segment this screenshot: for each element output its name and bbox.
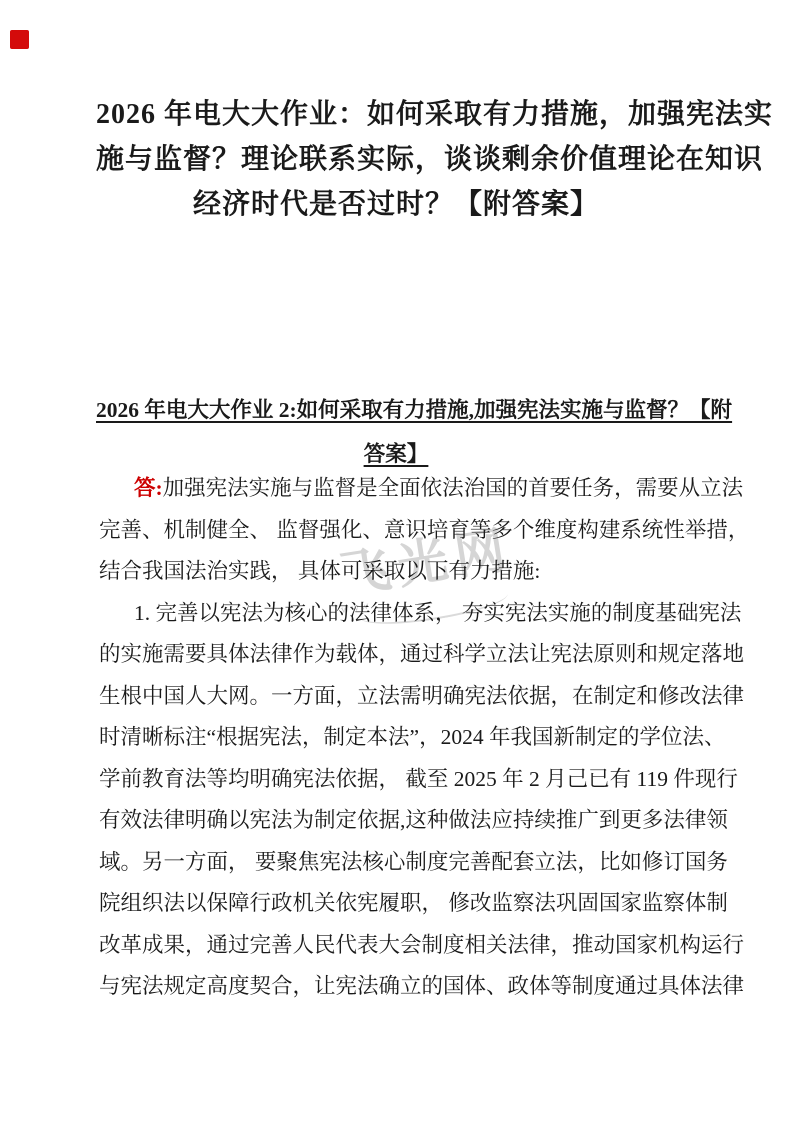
text-line: 完善、机制健全、 监督强化、意识培育等多个维度构建系统性举措，: [99, 510, 697, 552]
text-line: 时清晰标注“根据宪法，制定本法”，2024 年我国新制定的学位法、: [99, 717, 697, 759]
text-line: 改革成果，通过完善人民代表大会制度相关法律，推动国家机构运行: [99, 925, 697, 967]
answer-first-line: 答:加强宪法实施与监督是全面依法治国的首要任务，需要从立法: [99, 468, 697, 510]
text-line: 学前教育法等均明确宪法依据， 截至 2025 年 2 月己已有 119 件现行: [99, 759, 697, 801]
text-line: 经济时代是否过时？【附答案】: [96, 182, 696, 227]
section-heading: 2026 年电大大作业 2:如何采取有力措施,加强宪法实施与监督？【附答案】: [96, 388, 696, 476]
text-line: 的实施需要具体法律作为载体，通过科学立法让宪法原则和规定落地: [99, 634, 697, 676]
answer-first-line-text: 加强宪法实施与监督是全面依法治国的首要任务，需要从立法: [163, 476, 744, 500]
answer-paragraph-1: 完善、机制健全、 监督强化、意识培育等多个维度构建系统性举措，结合我国法治实践，…: [99, 510, 697, 593]
document-title: 2026 年电大大作业：如何采取有力措施，加强宪法实施与监督？理论联系实际，谈谈…: [96, 92, 696, 227]
text-line: 生根中国人大网。一方面，立法需明确宪法依据，在制定和修改法律: [99, 676, 697, 718]
text-line: 域。另一方面， 要聚焦宪法核心制度完善配套立法，比如修订国务: [99, 842, 697, 884]
text-line: 施与监督？理论联系实际，谈谈剩余价值理论在知识: [96, 137, 696, 182]
text-line: 有效法律明确以宪法为制定依据,这种做法应持续推广到更多法律领: [99, 800, 697, 842]
heading-line: 2026 年电大大作业 2:如何采取有力措施,加强宪法实施与监督？【附答案】: [96, 388, 696, 476]
text-line: 2026 年电大大作业：如何采取有力措施，加强宪法实: [96, 92, 696, 137]
text-line: 与宪法规定高度契合，让宪法确立的国体、政体等制度通过具体法律: [99, 966, 697, 1008]
title-line: 2026 年电大大作业：如何采取有力措施，加强宪法实施与监督？理论联系实际，谈谈…: [96, 92, 696, 227]
answer-body: 答:加强宪法实施与监督是全面依法治国的首要任务，需要从立法 完善、机制健全、 监…: [99, 468, 697, 1008]
answer-label: 答:: [134, 476, 163, 500]
document-page: 2026 年电大大作业：如何采取有力措施，加强宪法实施与监督？理论联系实际，谈谈…: [0, 0, 793, 1122]
text-line: 结合我国法治实践， 具体可采取以下有力措施:: [99, 551, 697, 593]
point-1-paragraph: 的实施需要具体法律作为载体，通过科学立法让宪法原则和规定落地生根中国人大网。一方…: [99, 634, 697, 1008]
text-line: 院组织法以保障行政机关依宪履职， 修改监察法巩固国家监察体制: [99, 883, 697, 925]
point-1-first-line: 1. 完善以宪法为核心的法律体系， 夯实宪法实施的制度基础宪法: [99, 593, 697, 635]
text-line: 2026 年电大大作业 2:如何采取有力措施,加强宪法实施与监督？【附: [96, 388, 696, 432]
red-square-badge-icon: [10, 30, 29, 49]
